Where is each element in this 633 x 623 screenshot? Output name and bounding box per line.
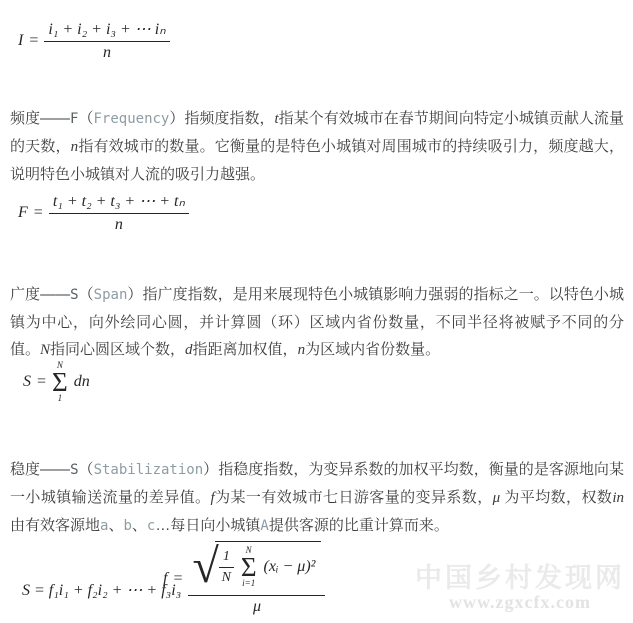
text-segment: 指距离加权值， xyxy=(193,341,298,358)
square-root: √ 1 N N Σ i=1 (xᵢ − μ)² xyxy=(192,541,321,593)
formula-lhs: S xyxy=(23,373,31,391)
text-segment: Stabilization xyxy=(94,462,204,478)
summation: N Σ i=1 xyxy=(241,546,257,589)
watermark: 中国乡村发现网 www.zgxcfx.com xyxy=(415,564,625,613)
text-segment: …每日向小城镇 xyxy=(155,517,260,534)
text-segment: Span xyxy=(94,287,128,303)
fraction: i₁ + i₂ + i₃ + ⋯ iₙ n xyxy=(44,19,169,62)
text-segment: in xyxy=(612,490,624,506)
fraction: √ 1 N N Σ i=1 (xᵢ − μ)² xyxy=(188,541,325,616)
equals-sign: = xyxy=(29,32,38,50)
formula-stabilization-index: S = f₁i₁ + f₂i₂ + ⋯ + f₃i₃ xyxy=(22,580,181,600)
paragraph-span-definition: 广度——S（Span）指广度指数，是用来展现特色小城镇影响力强弱的指标之一。以特… xyxy=(10,281,624,364)
formula-span-index: S = N Σ 1 dn xyxy=(23,361,90,404)
summation-lower-limit: 1 xyxy=(58,394,63,404)
summation-body: (xᵢ − μ)² xyxy=(264,558,316,576)
text-segment: 频度—— xyxy=(10,110,70,127)
text-segment: b xyxy=(123,518,131,534)
formula-attraction-index: I = i₁ + i₂ + i₃ + ⋯ iₙ n xyxy=(18,19,170,62)
text-segment: 指同心圆区域个数， xyxy=(50,341,185,358)
paragraph-frequency-definition: 频度——F（Frequency）指频度指数，t指某个有效城市在春节期间向特定小城… xyxy=(10,105,624,188)
equals-sign: = xyxy=(34,204,43,222)
summation-body: dn xyxy=(74,373,90,391)
formula-variation-coefficient: f = √ 1 N N Σ i=1 (x xyxy=(163,541,325,616)
summation: N Σ 1 xyxy=(52,361,68,404)
inner-fraction: 1 N xyxy=(219,549,234,586)
text-segment: （ xyxy=(79,461,94,478)
equals-sign: = xyxy=(37,373,46,391)
text-segment: 为区域内省份数量。 xyxy=(305,341,440,358)
fraction-numerator: t₁ + t₂ + t₃ + ⋯ + tₙ xyxy=(49,191,189,214)
formula-lhs: I xyxy=(18,32,23,50)
document-page: I = i₁ + i₂ + i₃ + ⋯ iₙ n 频度——F（Frequenc… xyxy=(0,0,633,623)
equals-sign: = xyxy=(173,570,182,588)
watermark-site-url: www.zgxcfx.com xyxy=(415,593,625,613)
text-segment: S xyxy=(70,287,78,303)
text-segment: Frequency xyxy=(94,111,170,127)
text-segment: （ xyxy=(79,286,94,303)
text-segment: 广度—— xyxy=(10,286,70,303)
text-segment: 、 xyxy=(132,517,147,534)
fraction-denominator: n xyxy=(103,42,111,62)
text-segment: μ xyxy=(493,490,505,506)
text-segment: 为平均数，权数 xyxy=(504,489,612,506)
formula-lhs: f xyxy=(163,570,167,588)
fraction: t₁ + t₂ + t₃ + ⋯ + tₙ n xyxy=(49,191,189,234)
text-segment: S xyxy=(70,462,78,478)
text-segment: 、 xyxy=(108,517,123,534)
text-segment: ）指频度指数， xyxy=(169,110,274,127)
summation-lower-limit: i=1 xyxy=(242,579,255,589)
formula-text: S = f₁i₁ + f₂i₂ + ⋯ + f₃i₃ xyxy=(22,580,181,600)
fraction-denominator: μ xyxy=(253,596,261,616)
paragraph-stabilization-definition: 稳度——S（Stabilization）指稳度指数，为变异系数的加权平均数，衡量… xyxy=(10,456,624,540)
fraction-numerator: i₁ + i₂ + i₃ + ⋯ iₙ xyxy=(44,19,169,42)
sigma-symbol: Σ xyxy=(241,556,257,579)
fraction-numerator: √ 1 N N Σ i=1 (xᵢ − μ)² xyxy=(188,541,325,596)
text-segment: 提供客源的比重计算而来。 xyxy=(269,517,449,534)
text-segment: 由有效客源地 xyxy=(10,517,100,534)
text-segment: N xyxy=(40,342,50,358)
text-segment: 指有效城市的数量。它衡量的是特色小城镇对周围城市的持续吸引力，频度越大，说明特色… xyxy=(10,138,624,183)
radicand: 1 N N Σ i=1 (xᵢ − μ)² xyxy=(215,541,322,589)
text-segment: A xyxy=(260,518,268,534)
fraction-denominator: n xyxy=(115,214,123,234)
text-segment: （ xyxy=(78,110,93,127)
text-segment: n xyxy=(298,342,306,358)
formula-frequency-index: F = t₁ + t₂ + t₃ + ⋯ + tₙ n xyxy=(18,191,189,234)
sigma-symbol: Σ xyxy=(52,371,68,394)
text-segment: 为某一有效城市七日游客量的变异系数， xyxy=(215,489,493,506)
text-segment: d xyxy=(185,342,193,358)
formula-lhs: F xyxy=(18,204,28,222)
inner-fraction-numerator: 1 xyxy=(219,549,234,568)
text-segment: 稳度—— xyxy=(10,461,70,478)
inner-fraction-denominator: N xyxy=(222,568,231,586)
watermark-site-name: 中国乡村发现网 xyxy=(415,564,625,594)
